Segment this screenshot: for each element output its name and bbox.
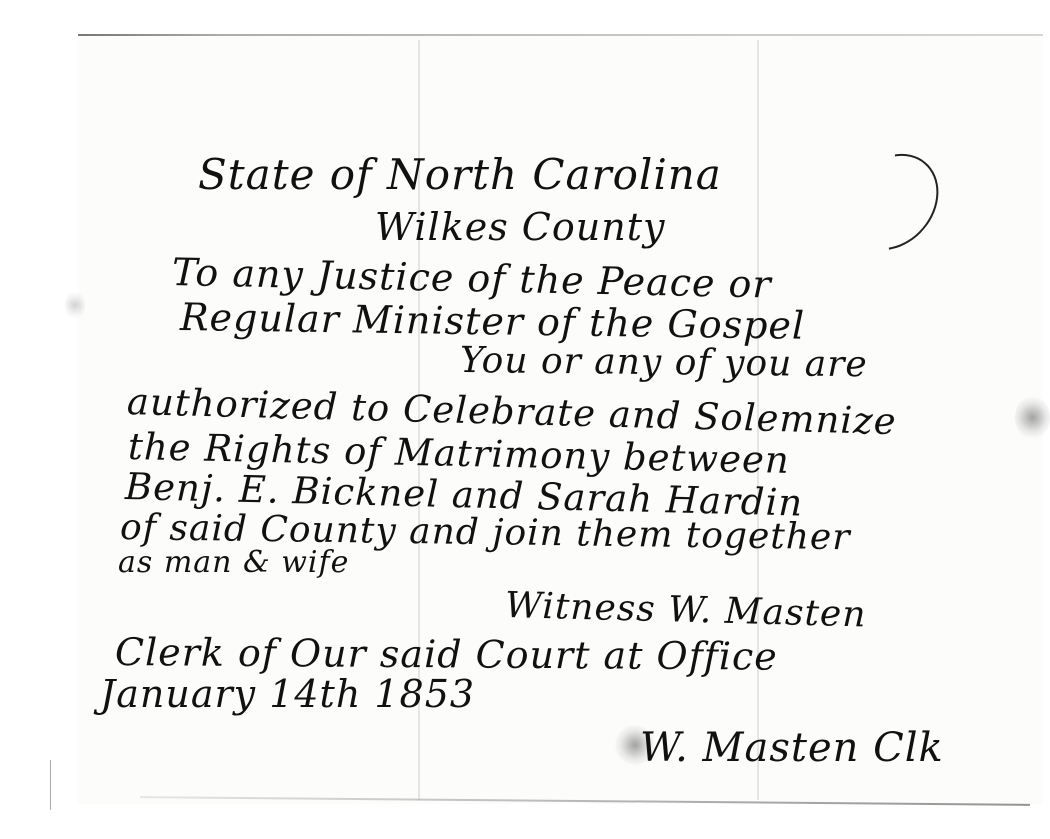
ink-smudge bbox=[65, 290, 85, 320]
ink-smudge bbox=[1015, 395, 1050, 440]
body-line: as man & wife bbox=[118, 545, 349, 580]
paper-top-edge bbox=[78, 34, 1043, 36]
clerk-signature: W. Masten Clk bbox=[640, 725, 944, 771]
heading-county: Wilkes County bbox=[375, 205, 665, 249]
paper-left-edge bbox=[50, 760, 51, 810]
date-line: January 14th 1853 bbox=[100, 672, 475, 716]
heading-state: State of North Carolina bbox=[198, 150, 722, 199]
body-line: You or any of you are bbox=[460, 340, 868, 385]
